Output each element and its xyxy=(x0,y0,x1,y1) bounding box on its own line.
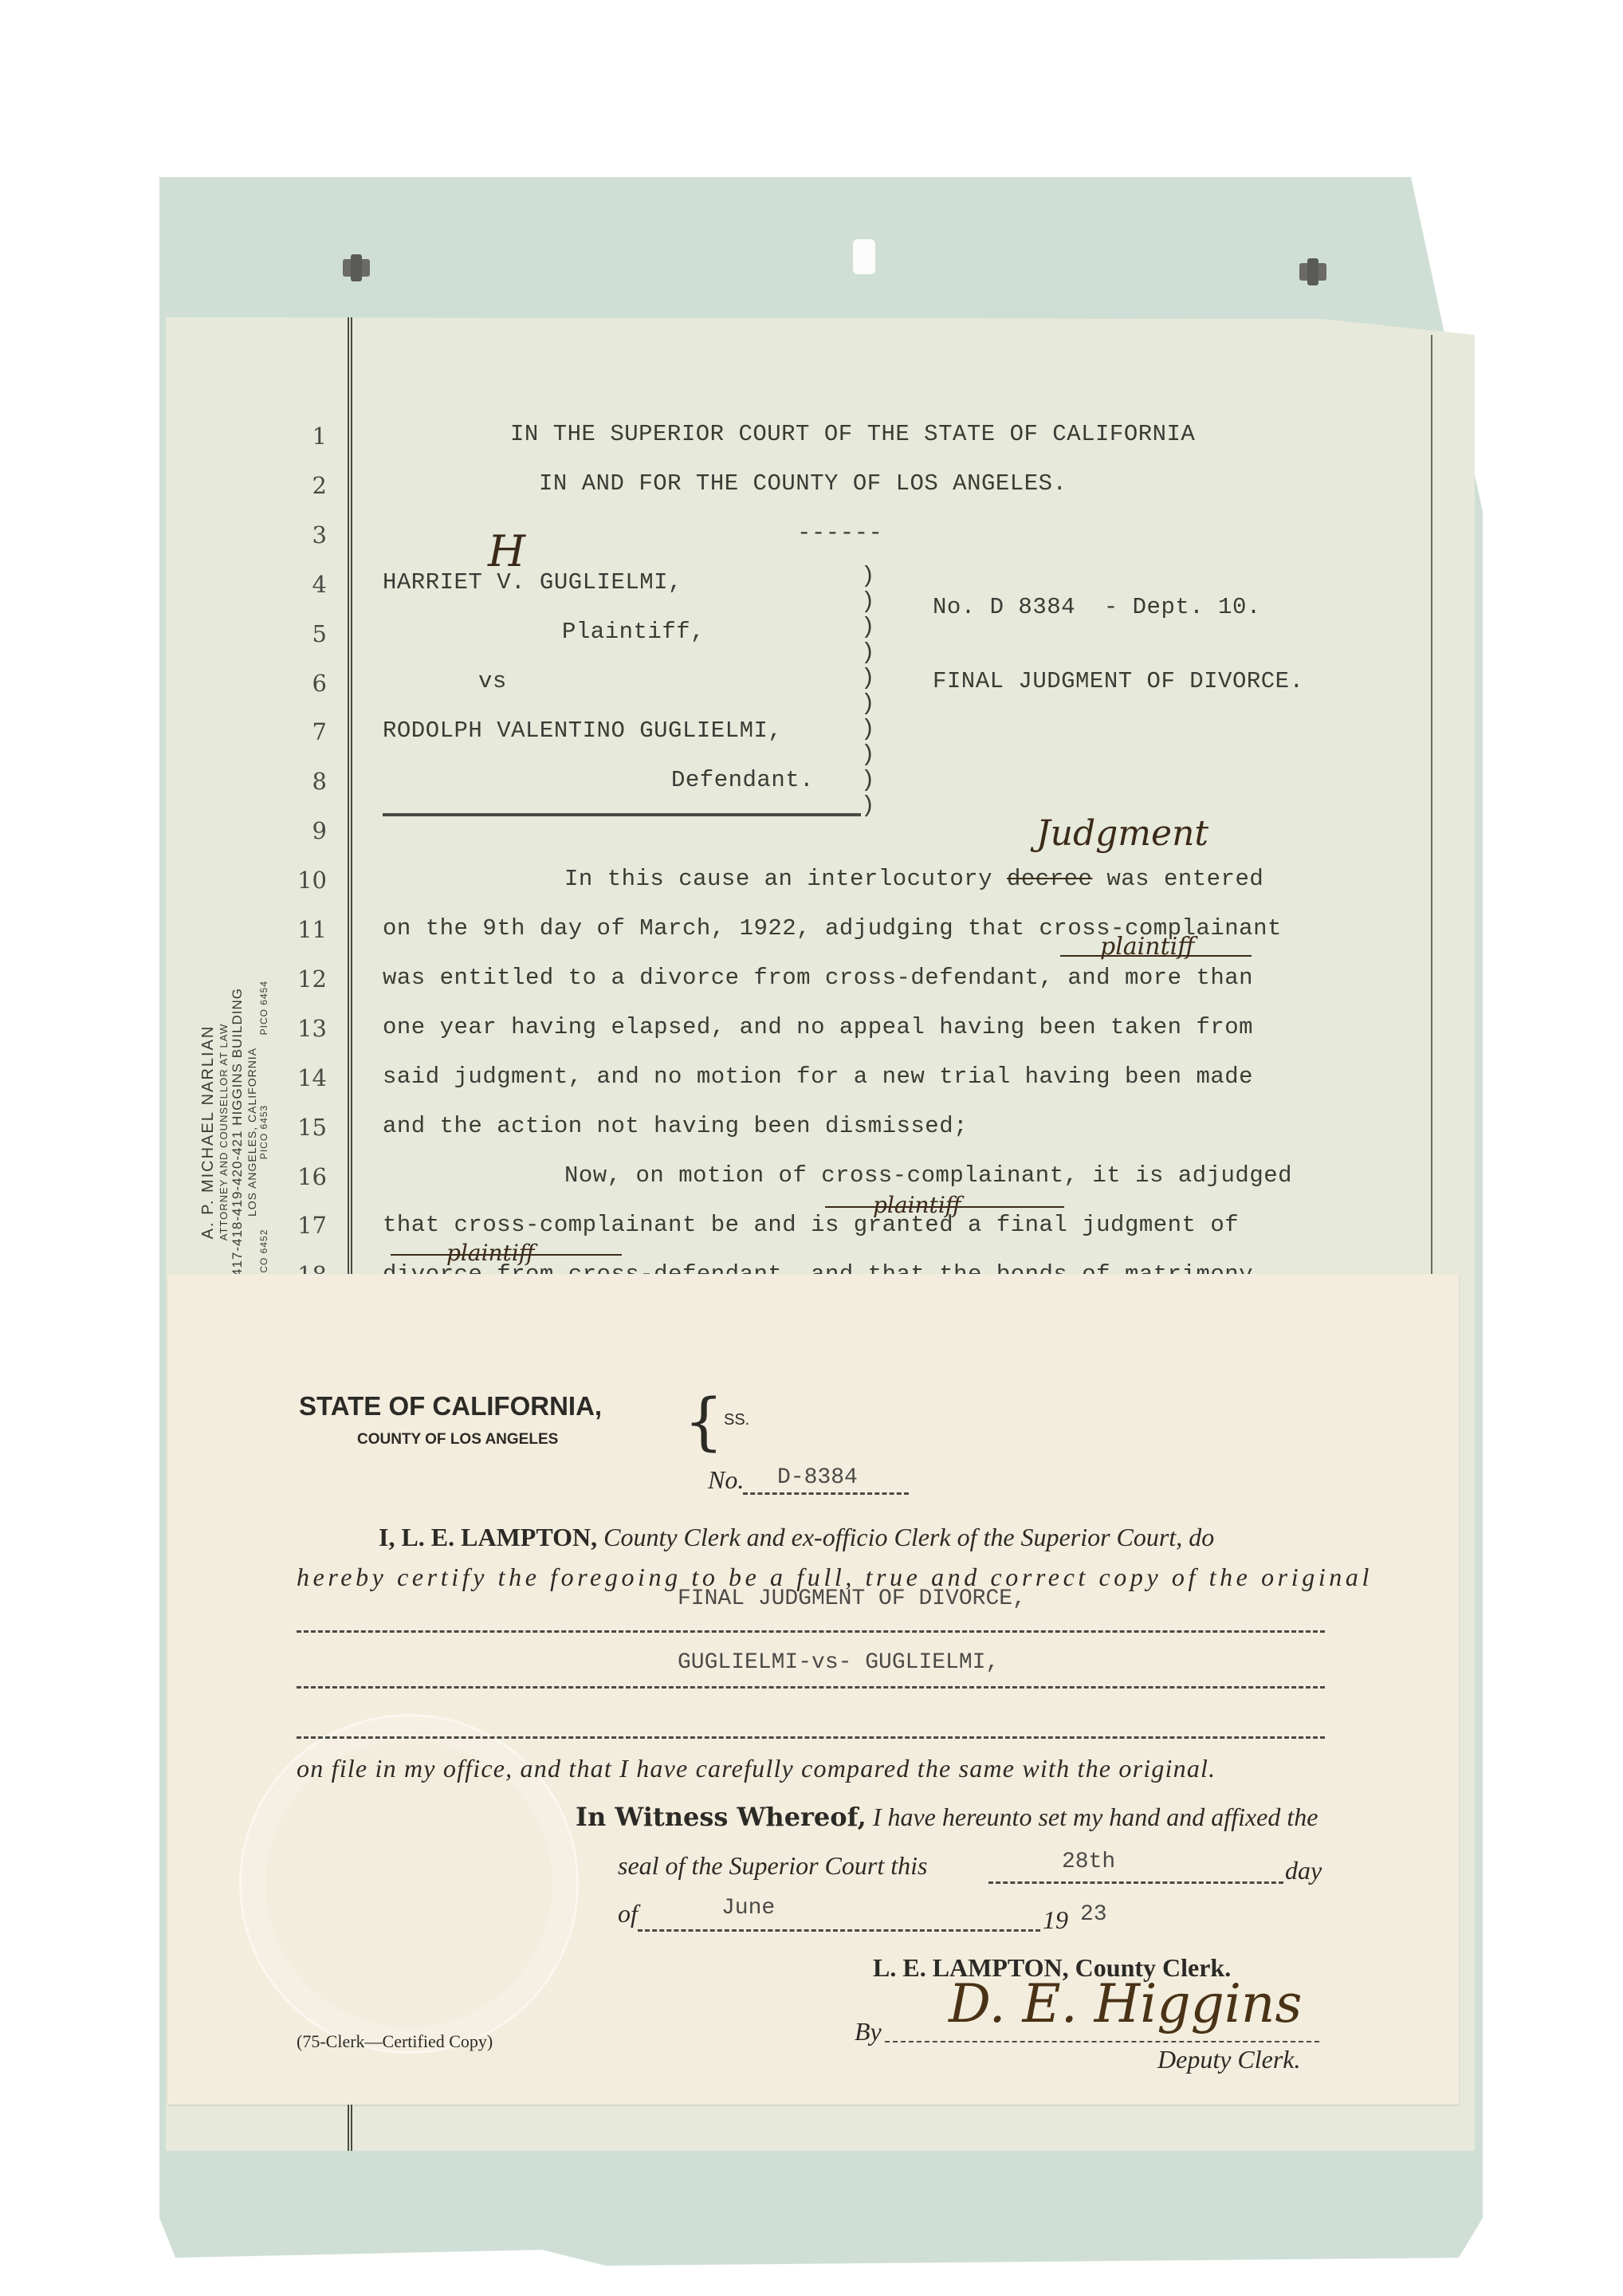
cert-no-line xyxy=(743,1492,909,1495)
fastener-right-icon xyxy=(1299,263,1326,281)
caption-bracket-segment: ) xyxy=(861,665,874,691)
caption-bracket-segment: ) xyxy=(861,792,874,819)
attorney-title: ATTORNEY AND COUNSELLOR AT LAW xyxy=(218,981,230,1284)
heading-separator: ------ xyxy=(797,520,882,546)
attorney-city: LOS ANGELES, CALIFORNIA xyxy=(246,981,258,1284)
line-number: 7 xyxy=(279,718,327,745)
cert-witness-blackletter: In Witness Whereof, xyxy=(576,1802,867,1832)
cert-fill-line-2 xyxy=(297,1686,1325,1689)
plaintiff-initial-correction: H xyxy=(488,526,525,576)
line-number: 6 xyxy=(279,670,327,697)
attorney-phone-3: PICO 6454 xyxy=(258,981,269,1035)
line-number: 9 xyxy=(279,817,327,844)
deputy-signature: D. E. Higgins xyxy=(949,1973,1302,2035)
caption-bracket-segment: ) xyxy=(861,741,874,768)
cert-year-value: 23 xyxy=(1080,1902,1107,1927)
cert-clerk-title: County Clerk and ex-officio Clerk of the… xyxy=(603,1523,1214,1551)
versus-label: vs xyxy=(478,668,507,694)
cert-no-label: No. xyxy=(708,1465,744,1495)
line-number: 4 xyxy=(279,571,327,598)
cert-year-prefix: 19 xyxy=(1043,1905,1068,1935)
caption-bracket-segment: ) xyxy=(861,767,874,793)
caption-bracket-segment: ) xyxy=(861,690,874,717)
strike-cross-complainant-11 xyxy=(1060,955,1252,957)
caption-bracket-segment: ) xyxy=(861,716,874,742)
body-line-10-pre: In this cause an interlocutory xyxy=(564,866,992,892)
cert-form-number: (75-Clerk—Certified Copy) xyxy=(297,2031,493,2052)
struck-word-decree: decree xyxy=(1007,866,1092,892)
cert-brace-icon: { xyxy=(684,1391,724,1453)
cert-ss: SS. xyxy=(724,1411,749,1429)
caption-bracket-segment: ) xyxy=(861,614,874,640)
caption-bracket-segment: ) xyxy=(861,639,874,666)
court-heading-2: IN AND FOR THE COUNTY OF LOS ANGELES. xyxy=(539,470,1067,497)
fastener-left-icon xyxy=(343,259,370,277)
cert-fill-parties: GUGLIELMI-vs- GUGLIELMI, xyxy=(678,1650,999,1675)
line-number: 10 xyxy=(279,867,327,894)
cert-fill-document: FINAL JUDGMENT OF DIVORCE, xyxy=(678,1586,1026,1611)
cert-witness-line: In Witness Whereof, I have hereunto set … xyxy=(576,1802,1318,1832)
cert-month-line xyxy=(638,1929,1040,1932)
attorney-address: 417-418-419-420-421 HIGGINS BUILDING xyxy=(230,981,246,1284)
margin-right-rule xyxy=(1431,335,1432,1291)
attorney-letterhead: A. P. MICHAEL NARLIAN ATTORNEY AND COUNS… xyxy=(199,981,359,1284)
cert-on-file-line: on file in my office, and that I have ca… xyxy=(297,1754,1216,1783)
cert-fill-line-3 xyxy=(297,1736,1325,1739)
handwritten-judgment: Judgment xyxy=(1036,813,1208,854)
cert-of-label: of xyxy=(618,1899,638,1928)
body-line-17: that cross-complainant be and is granted… xyxy=(383,1212,1239,1238)
body-line-13: one year having elapsed, and no appeal h… xyxy=(383,1014,1253,1040)
case-number: No. D 8384 - Dept. 10. xyxy=(933,594,1261,620)
attorney-phone-2: PICO 6453 xyxy=(258,1105,269,1159)
cert-clerk-name: I, L. E. LAMPTON, xyxy=(379,1523,597,1551)
attorney-phones: PICO 6452 PICO 6453 PICO 6454 xyxy=(258,981,269,1284)
plaintiff-name: HARRIET V. GUGLIELMI, xyxy=(383,569,682,596)
cert-day-line xyxy=(988,1881,1283,1884)
line-number: 5 xyxy=(279,620,327,647)
caption-bracket-segment: ) xyxy=(861,563,874,589)
cert-month-value: June xyxy=(721,1896,775,1921)
cert-witness-rest: I have hereunto set my hand and affixed … xyxy=(873,1803,1318,1831)
court-heading-1: IN THE SUPERIOR COURT OF THE STATE OF CA… xyxy=(510,421,1195,447)
strike-cross-complainant-16 xyxy=(825,1206,1064,1208)
body-line-12: was entitled to a divorce from cross-def… xyxy=(383,965,1253,991)
cert-deputy-label: Deputy Clerk. xyxy=(1157,2045,1301,2074)
line-number: 2 xyxy=(279,472,327,499)
line-number: 11 xyxy=(279,916,327,943)
body-line-15: and the action not having been dismissed… xyxy=(383,1113,968,1139)
body-line-10-post: was entered xyxy=(1106,866,1263,892)
caption-underline xyxy=(383,813,861,816)
body-line-14: said judgment, and no motion for a new t… xyxy=(383,1063,1253,1090)
plaintiff-role: Plaintiff, xyxy=(562,619,705,645)
defendant-role: Defendant. xyxy=(671,767,814,793)
cert-county: COUNTY OF LOS ANGELES xyxy=(357,1431,558,1449)
cert-fill-line-1 xyxy=(297,1630,1325,1633)
cert-by-label: By xyxy=(855,2017,882,2046)
cert-seal-line: seal of the Superior Court this xyxy=(618,1851,927,1881)
body-line-10: In this cause an interlocutory decree wa… xyxy=(564,866,1263,892)
line-number: 3 xyxy=(279,521,327,548)
defendant-name: RODOLPH VALENTINO GUGLIELMI, xyxy=(383,717,782,744)
cert-no-value: D-8384 xyxy=(777,1465,858,1490)
body-line-16: Now, on motion of cross-complainant, it … xyxy=(564,1162,1292,1189)
punch-hole xyxy=(853,239,875,274)
cert-day-value: 28th xyxy=(1062,1850,1115,1874)
cert-day-label: day xyxy=(1285,1856,1322,1885)
document-title: FINAL JUDGMENT OF DIVORCE. xyxy=(933,668,1303,694)
cert-signature-line xyxy=(885,2041,1319,2042)
attorney-name: A. P. MICHAEL NARLIAN xyxy=(199,981,218,1284)
cert-clerk-intro: I, L. E. LAMPTON, County Clerk and ex-of… xyxy=(379,1523,1214,1552)
strike-cross-complainant-17 xyxy=(391,1254,622,1256)
line-number: 8 xyxy=(279,768,327,795)
caption-bracket-segment: ) xyxy=(861,588,874,615)
line-number: 1 xyxy=(279,423,327,450)
cert-state: STATE OF CALIFORNIA, xyxy=(299,1391,602,1421)
